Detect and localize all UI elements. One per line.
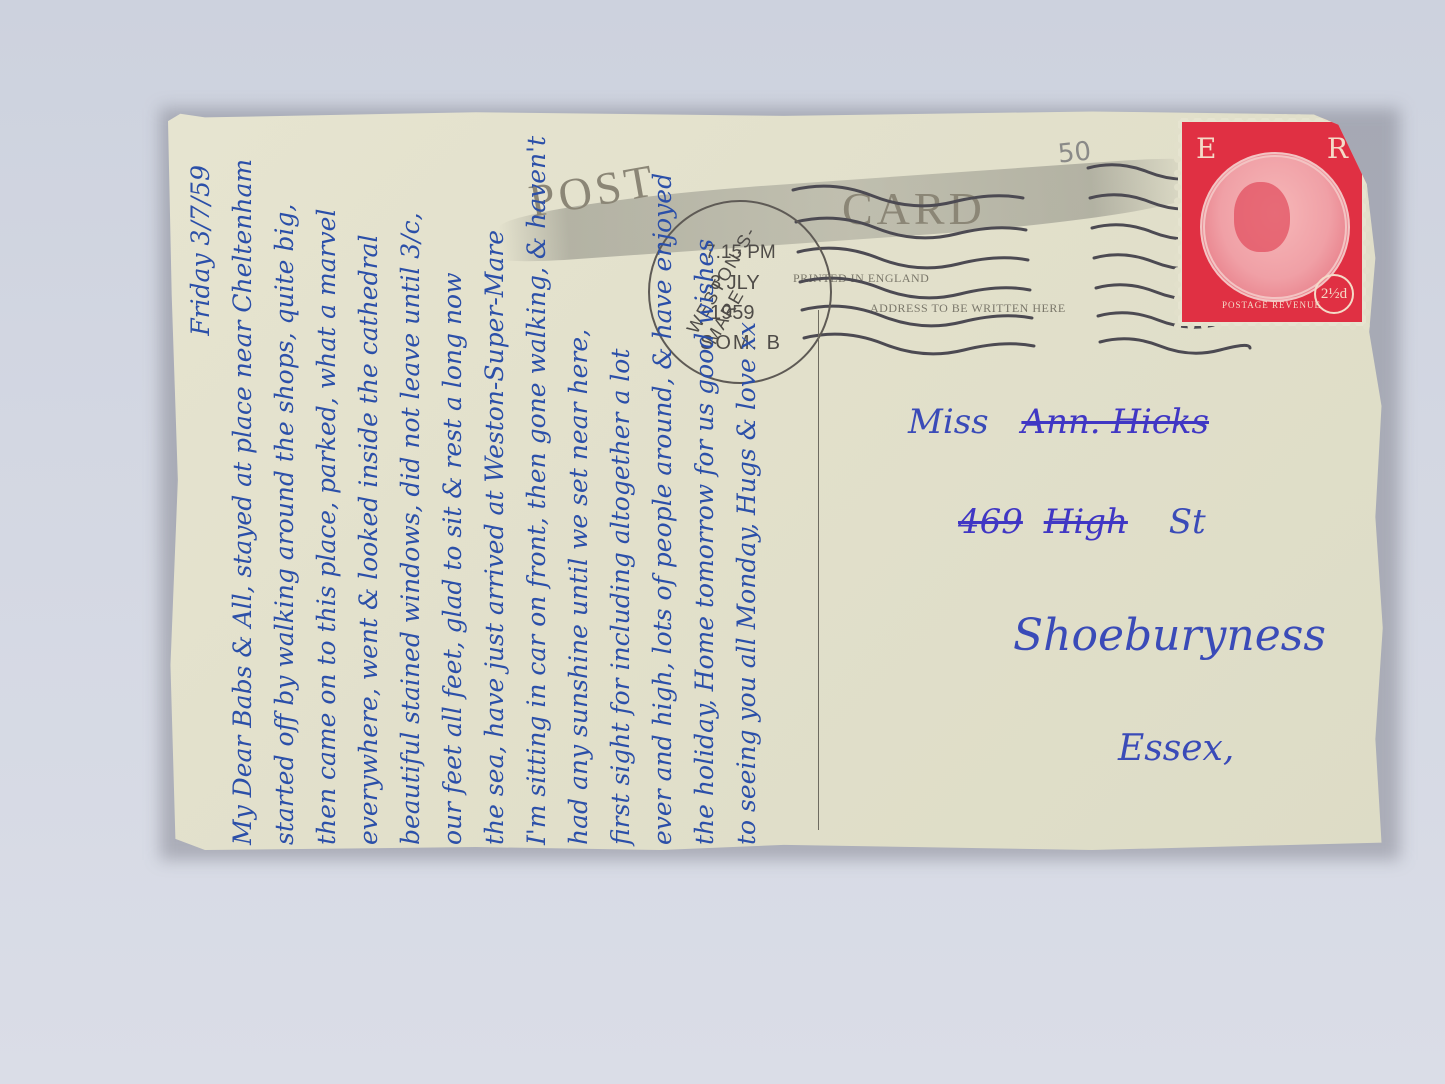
address-street-struck: High [1044,502,1128,542]
stamp-value: 2½d [1314,274,1354,314]
stamp-inscription: POSTAGE REVENUE [1222,300,1321,310]
handwritten-message: Friday 3/7/59 My Dear Babs & All, stayed… [180,125,820,845]
message-line: everywhere, went & looked inside the cat… [348,125,390,845]
message-line: first sight for including altogether a l… [600,125,642,845]
address-street-suffix: St [1169,502,1206,542]
address-name-struck: Ann. Hicks [1021,402,1209,442]
message-line: had any sunshine until we set near here, [558,125,600,845]
address-title: Miss [908,402,989,442]
message-line: My Dear Babs & All, stayed at place near… [222,125,264,845]
pencil-note: 50 [1057,136,1093,169]
address-number-struck: 469 [958,502,1023,542]
stamp-cypher-left: E [1196,132,1216,165]
title-card: CARD [842,182,986,235]
postage-stamp: E R POSTAGE REVENUE 2½d [1178,118,1366,326]
address-line-street: 469 High St [958,502,1206,542]
address-line-name: Miss Ann. Hicks [908,402,1209,442]
message-line: to seeing you all Monday, Hugs & love xx [726,125,768,845]
message-line: then came on to this place, parked, what… [306,125,348,845]
address-instruction: ADDRESS TO BE WRITTEN HERE [870,301,1066,316]
message-date: Friday 3/7/59 [180,125,222,845]
message-line: I'm sitting in car on front, then gone w… [516,125,558,845]
message-line: started off by walking around the shops,… [264,125,306,845]
message-line: ever and high, lots of people around, & … [642,125,684,845]
message-line: the sea, have just arrived at Weston-Sup… [474,125,516,845]
address-town: Shoeburyness [1013,610,1326,661]
message-line: the holiday, Home tomorrow for us good w… [684,125,726,845]
message-line: our feet all feet, glad to sit & rest a … [432,125,474,845]
queen-head-icon [1234,182,1290,252]
message-line: beautiful stained windows, did not leave… [390,125,432,845]
postcard: POST CARD PRINTED IN ENGLAND ADDRESS TO … [168,110,1400,850]
address-county: Essex, [1118,728,1234,769]
